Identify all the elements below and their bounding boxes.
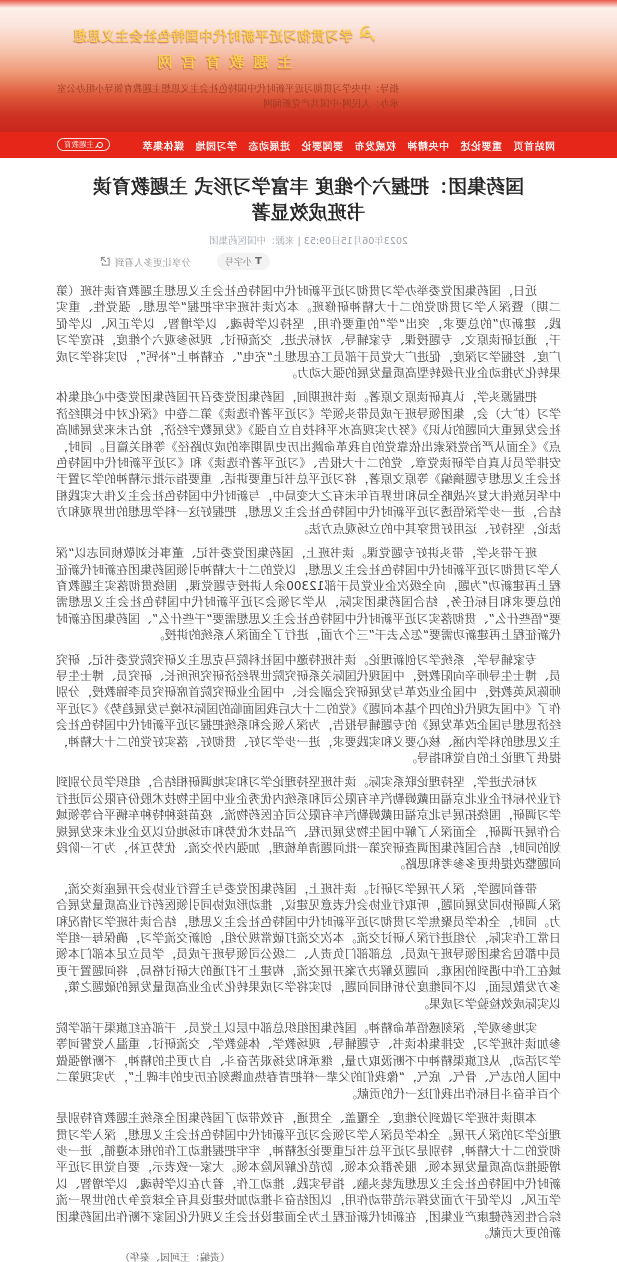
main-navbar: 网站首页 重要论述 中央精神 权威发布 要闻要论 进展动态 学习园地 媒体集萃 … [0, 132, 617, 158]
source-prefix: 来源： [266, 236, 295, 247]
share-control[interactable]: 分享让更多人看到 [100, 255, 191, 269]
site-title-line1: 学习贯彻习近平新时代中国特色社会主义思想 [73, 25, 353, 45]
site-banner: ☭ 学习贯彻习近平新时代中国特色社会主义思想 主题教育官网 指导：中央学习贯彻习… [0, 0, 617, 132]
share-label: 分享让更多人看到 [115, 255, 191, 269]
site-title-line2: 主题教育官网 [51, 51, 399, 72]
article-paragraph: 近日，国药集团党委举办学习贯彻习近平新时代中国特色社会主义思想主题教育读书班（第… [56, 283, 561, 381]
article: 国药集团：把握六个维度 丰富学习形式 主题教育读 书班成效显著 2023年06月… [0, 174, 617, 1262]
party-emblem-icon: ☭ [358, 24, 377, 45]
nav-item-progress[interactable]: 进展动态 [248, 138, 290, 153]
nav-items: 网站首页 重要论述 中央精神 权威发布 要闻要论 进展动态 学习园地 媒体集萃 [142, 138, 617, 153]
banner-sublines: 指导：中央学习贯彻习近平新时代中国特色社会主义思想主题教育领导小组办公室 承办：… [51, 82, 399, 112]
search-icon [97, 142, 103, 148]
share-icon [100, 256, 111, 267]
article-date: 2023年06月15日09:53 [304, 236, 408, 247]
banner-content: ☭ 学习贯彻习近平新时代中国特色社会主义思想 主题教育官网 指导：中央学习贯彻习… [51, 24, 399, 112]
search-pill-label: 主题教育 [64, 139, 94, 150]
article-meta: 2023年06月15日09:53 | 来源：中国医药集团 [56, 235, 561, 248]
theme-education-search-pill[interactable]: 主题教育 [57, 138, 110, 151]
source-name[interactable]: 中国医药集团 [209, 236, 266, 247]
font-size-label: 小字号 [225, 255, 252, 268]
meta-divider: | [298, 236, 301, 247]
article-body: 近日，国药集团党委举办学习贯彻习近平新时代中国特色社会主义思想主题教育读书班（第… [56, 283, 561, 1241]
nav-item-study-garden[interactable]: 学习园地 [195, 138, 237, 153]
article-title: 国药集团：把握六个维度 丰富学习形式 主题教育读 书班成效显著 [56, 174, 561, 226]
nav-item-home[interactable]: 网站首页 [513, 138, 555, 153]
nav-item-central-spirit[interactable]: 中央精神 [407, 138, 449, 153]
article-paragraph: 本期读书班学习做到分维度、全覆盖、全贯通，有效带动了国药集团全系统主题教育特别是… [56, 1110, 561, 1241]
banner-title-row: ☭ 学习贯彻习近平新时代中国特色社会主义思想 [51, 24, 399, 45]
article-paragraph: 专家辅导学，系统学习创新理论。读书班特邀中国社科院马克思主义研究院党委书记、研究… [56, 652, 561, 767]
article-paragraph: 实地参观学，深刻感悟革命精神。国药集团组织总部中层以上党员、干部在红旗渠干部学院… [56, 1020, 561, 1102]
font-size-control[interactable]: T 小字号 [217, 253, 270, 270]
mirrored-page: ☭ 学习贯彻习近平新时代中国特色社会主义思想 主题教育官网 指导：中央学习贯彻习… [0, 0, 617, 1262]
nav-item-media-collection[interactable]: 媒体集萃 [142, 138, 184, 153]
nav-item-authoritative-release[interactable]: 权威发布 [354, 138, 396, 153]
article-toolbar: T 小字号 分享让更多人看到 [100, 254, 561, 269]
editor-note: （责编：王珂园、秦华） [56, 1249, 561, 1262]
article-paragraph: 把握源头学，认真研读原文原著。读书班期间，国药集团党委召开国药集团党委中心组集体… [56, 389, 561, 537]
font-size-t-icon: T [255, 256, 262, 267]
nav-item-important-statements[interactable]: 重要论述 [460, 138, 502, 153]
article-paragraph: 班子带头学，带头讲好专题党课。读书班上，国药集团党委书记、董事长刘敬桢同志以“深… [56, 545, 561, 643]
banner-host-line: 承办：人民网·中国共产党新闻网 [51, 97, 399, 112]
banner-guide-line: 指导：中央学习贯彻习近平新时代中国特色社会主义思想主题教育领导小组办公室 [51, 82, 399, 97]
article-paragraph: 对标先进学，坚持理论联系实际。读书班坚持理论学习和实地调研相结合，组织学员分别到… [56, 774, 561, 872]
nav-item-key-news[interactable]: 要闻要论 [301, 138, 343, 153]
article-paragraph: 带着问题学，深入开展学习研讨。读书班上，国药集团党委与主管行业协会开展座谈交流，… [56, 881, 561, 1012]
